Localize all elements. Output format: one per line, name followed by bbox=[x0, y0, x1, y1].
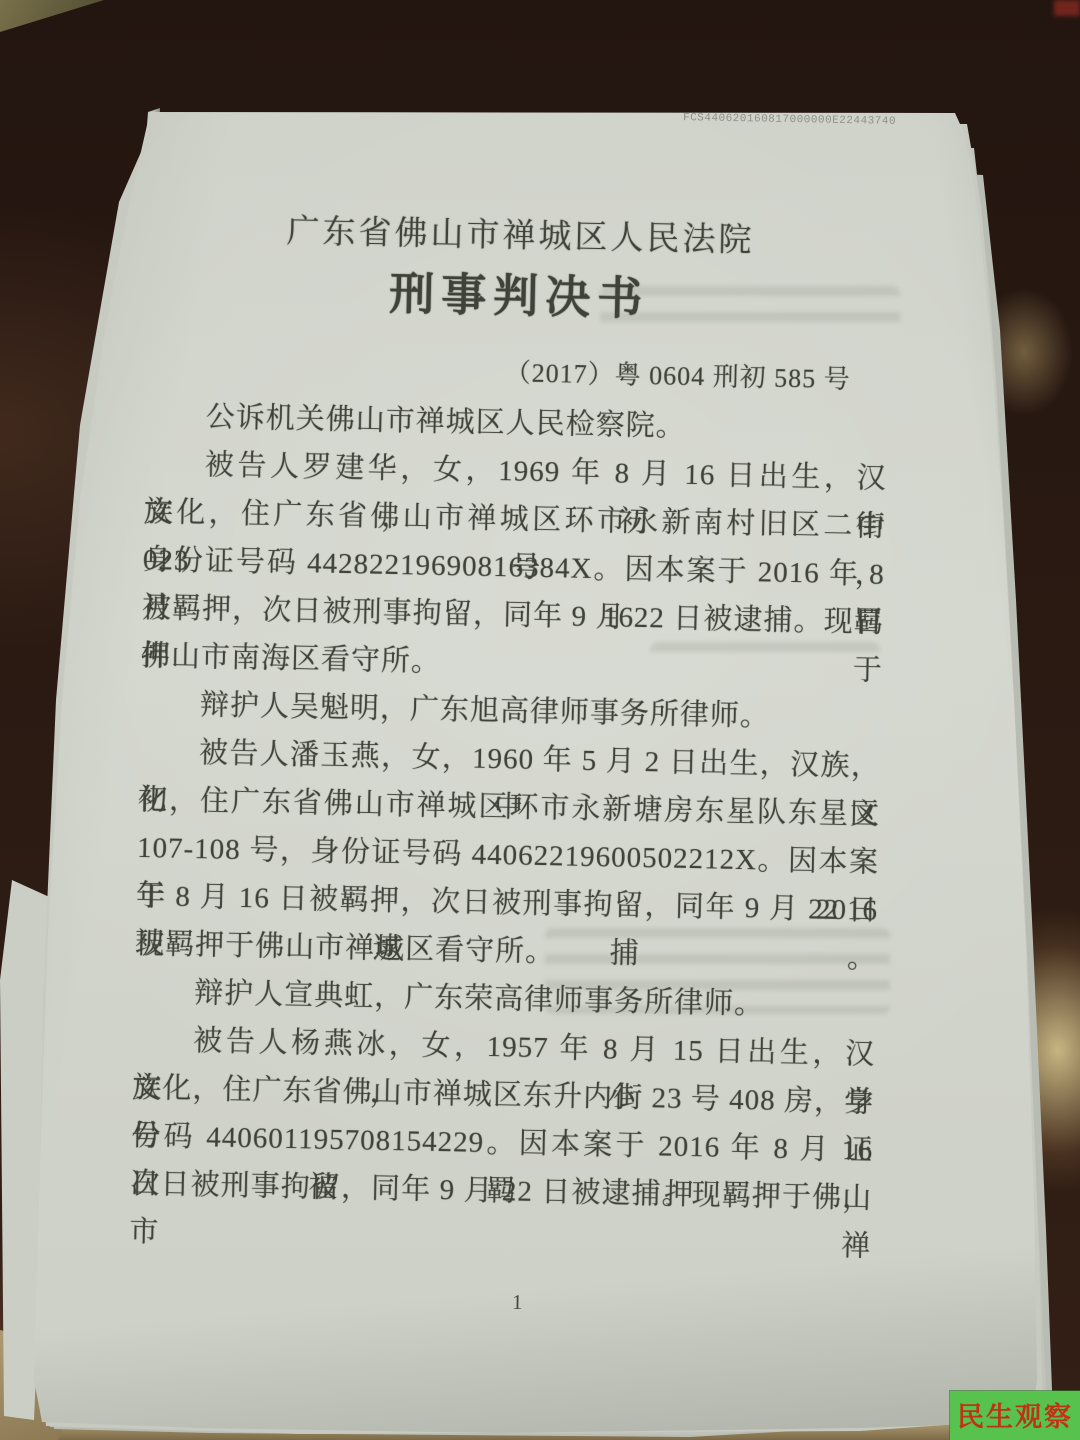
document-text-block: 广东省佛山市禅城区人民法院 刑事判决书 （2017）粤 0604 刑初 585 … bbox=[130, 206, 892, 1223]
case-number: （2017）粤 0604 刑初 585 号 bbox=[146, 346, 889, 401]
page-number: 1 bbox=[512, 1290, 523, 1315]
table-corner-red-spot bbox=[1054, 0, 1080, 16]
watermark-badge: 民生观察 bbox=[950, 1391, 1080, 1440]
document-body: 公诉机关佛山市禅城区人民检察院。被告人罗建华，女，1969 年 8 月 16 日… bbox=[130, 392, 888, 1223]
document-title: 刑事判决书 bbox=[148, 260, 891, 333]
photo-scene: FCS440620160817000000E22443740 广东省佛山市禅城区… bbox=[0, 0, 1080, 1440]
table-corner-object bbox=[0, 0, 110, 34]
